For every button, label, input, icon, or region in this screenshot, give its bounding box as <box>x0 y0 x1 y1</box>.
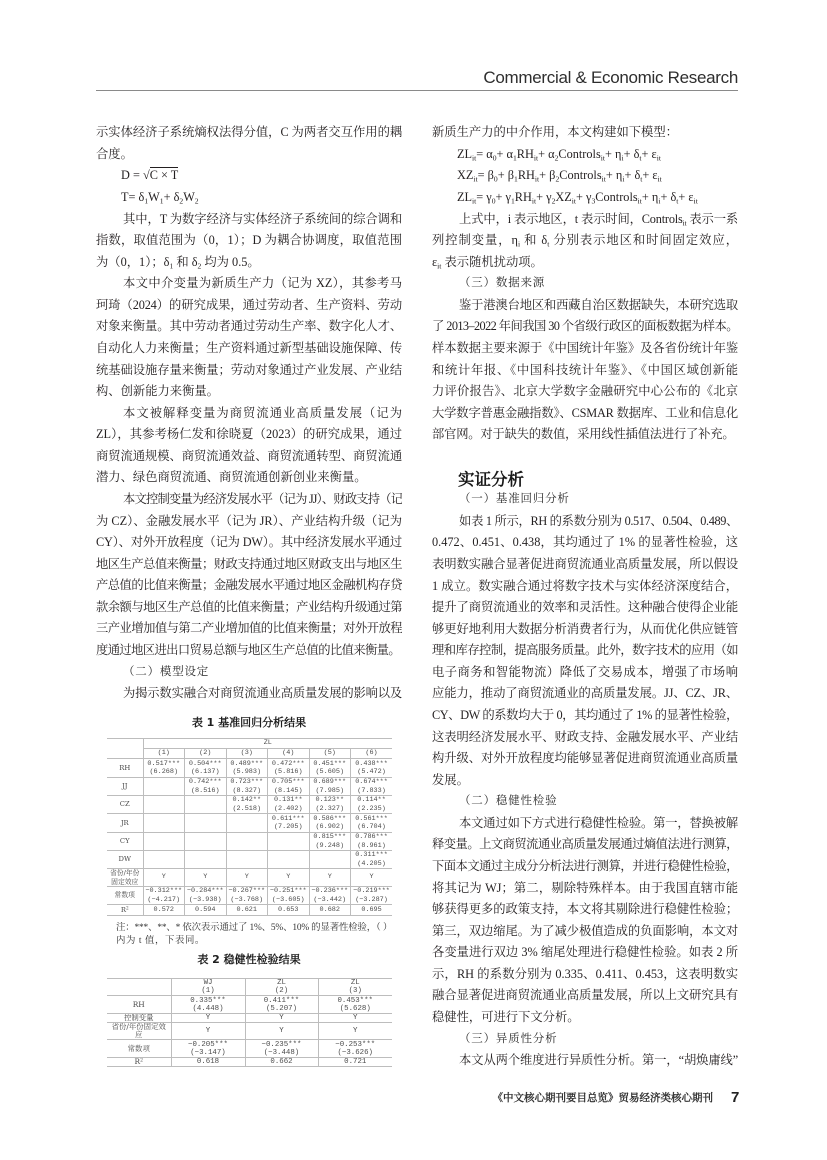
r-squared: 0.621 <box>227 906 268 915</box>
table-row: CZ 0.142**(2.518) 0.131**(2.402) 0.123**… <box>107 796 392 814</box>
table-row: R2 0.572 0.594 0.621 0.653 0.682 0.695 <box>107 905 392 916</box>
table-row: CY 0.815***(9.248) 0.786***(8.961) <box>107 833 392 851</box>
text-line: T= δ1W1+ δ2W2 <box>96 187 402 209</box>
text-line: 示实体经济子系统熵权法得分值，C 为两者交互作用的耦 <box>96 122 402 144</box>
table-cell: −0.253***(−3.626) <box>318 1040 392 1058</box>
t-value: (2.235) <box>351 805 392 814</box>
t-value: (7.833) <box>351 787 392 796</box>
coefficient: 0.517*** <box>144 760 185 769</box>
paragraph-index-definition: 其中，T 为数字经济与实体经济子系统间的综合调和指数，取值范围为（0，1）；D … <box>96 209 402 274</box>
table-cell: −0.284***(−3.938) <box>185 887 227 905</box>
text-line: 下面本文通过主成分分析法进行测算，并进行稳健性检验， <box>432 856 738 878</box>
text-line: 部官网。对于缺失的数值，采用线性插值法进行了补充。 <box>432 424 738 446</box>
table-cell: −0.267***(−3.768) <box>226 887 268 905</box>
coefficient: 0.723*** <box>227 778 268 787</box>
column-number: (3) <box>319 987 393 995</box>
text-line: 提升了商贸流通业的效率和灵活性。这种融合使得企业能 <box>432 597 738 619</box>
control-flag: Y <box>246 1014 318 1022</box>
baseline-regression-table: ZL (1) (2) (3) (4) (5) (6) RH 0.517***(6… <box>107 738 392 916</box>
t-value: (5.816) <box>268 768 309 777</box>
row-label: RH <box>107 759 143 778</box>
table-row: JJ 0.742***(8.516) 0.723***(8.327) 0.705… <box>107 778 392 796</box>
table-cell: Y <box>226 869 268 887</box>
journal-title: Commercial & Economic Research <box>483 68 738 88</box>
text-line: 地区生产总值来衡量；财政支持通过地区财政支出与地区生 <box>96 554 402 576</box>
table-cell: 0.621 <box>226 905 268 916</box>
table-cell: 0.142**(2.518) <box>226 796 268 814</box>
text-line: εit 表示随机扰动项。 <box>432 252 738 274</box>
t-value: (2.518) <box>227 805 268 814</box>
table-note: 注：***、**、* 依次表示通过了 1%、5%、10% 的显著性检验，（ ）内… <box>116 922 392 948</box>
text-line: 如表 1 所示，RH 的系数分别为 0.517、0.504、0.489、 <box>432 511 738 533</box>
header-divider <box>96 90 738 91</box>
text-line: 统基础设施存量来衡量；劳动对象通过产业发展、产业结 <box>96 360 402 382</box>
t-value: (−3.448) <box>246 1049 318 1057</box>
table-row: RH 0.517***(6.268) 0.504***(6.137) 0.489… <box>107 759 392 778</box>
coefficient: 0.451*** <box>310 760 351 769</box>
table-cell: 0.689***(7.985) <box>309 778 351 796</box>
table-cell <box>185 796 227 814</box>
table-cell: Y <box>351 869 393 887</box>
table-cell <box>309 851 351 869</box>
t-value: (9.248) <box>310 842 351 851</box>
table-cell: 0.561***(6.704) <box>351 814 393 833</box>
table-cell: 0.453***(5.628) <box>318 996 392 1014</box>
r-squared: 0.721 <box>319 1058 393 1066</box>
table-row: DW 0.311***(4.205) <box>107 851 392 869</box>
table-cell <box>226 814 268 833</box>
text-line: 三产业增加值与第二产业增加值的比值来衡量；对外开放程 <box>96 618 402 640</box>
text-line: 列控制变量，ηi 和 δt 分别表示地区和时间固定效应， <box>432 230 738 252</box>
text-line: 应能力，推动了商贸流通业的高质量发展。JJ、CZ、JR、 <box>432 683 738 705</box>
table-cell: 0.114**(2.235) <box>351 796 393 814</box>
text-line: 本文中介变量为新质生产力（记为 XZ），其参考马 <box>96 273 402 295</box>
text-line: 为揭示数实融合对商贸流通业高质量发展的影响以及 <box>96 683 402 705</box>
row-label: R2 <box>107 1058 171 1067</box>
r-squared: 0.662 <box>246 1058 318 1066</box>
coefficient: −0.251*** <box>268 887 309 896</box>
paragraph-mediator-variable: 本文中介变量为新质生产力（记为 XZ），其参考马珂琦（2024）的研究成果，通过… <box>96 273 402 402</box>
text-line: 够获得更多的政策支持，本文将其剔除进行稳健性检验； <box>432 899 738 921</box>
text-line: 注：***、**、* 依次表示通过了 1%、5%、10% 的显著性检验，（ ） <box>116 922 392 935</box>
text-line: 上式中，i 表示地区，t 表示时间，Controlsit 表示一系 <box>432 209 738 231</box>
paragraph-control-variables: 本文控制变量为经济发展水平（记为 JJ）、财政支持（记为 CZ）、金融发展水平（… <box>96 489 402 662</box>
row-label: JJ <box>107 778 143 796</box>
column-variable: WJ <box>172 979 245 987</box>
coefficient: 0.815*** <box>310 833 351 842</box>
table-cell: 0.586***(6.902) <box>309 814 351 833</box>
table-cell: 0.123**(2.327) <box>309 796 351 814</box>
r-squared: 0.618 <box>172 1058 245 1066</box>
text-line: D = √C × T <box>96 165 402 187</box>
fixed-effect-flag: Y <box>246 1027 318 1035</box>
text-line: 内为 t 值，下表同。 <box>116 935 392 948</box>
column-number: (1) <box>172 987 245 995</box>
text-line: 第三，双边缩尾。为了减少极值造成的负面影响，本文对 <box>432 921 738 943</box>
coefficient: 0.689*** <box>310 778 351 787</box>
coefficient: 0.123** <box>310 796 351 805</box>
left-column: 示实体经济子系统熵权法得分值，C 为两者交互作用的耦合度。 D = √C × T… <box>96 122 402 705</box>
paragraph-model-intro-continued: 新质生产力的中介作用，本文构建如下模型： <box>432 122 738 144</box>
table-cell: −0.205***(−3.147) <box>171 1040 245 1058</box>
table-cell: −0.235***(−3.448) <box>245 1040 318 1058</box>
table-cell <box>143 796 185 814</box>
text-line: 构升级、对外开放程度均能够显著促进商贸流通业高质量 <box>432 748 738 770</box>
table-cell <box>185 851 227 869</box>
table-cell: Y <box>245 1014 318 1023</box>
text-line: 电子商务和智能物流）降低了交易成本，增强了市场响 <box>432 662 738 684</box>
text-line: 指数，取值范围为（0，1）；D 为耦合协调度，取值范围 <box>96 230 402 252</box>
text-line: 其中，T 为数字经济与实体经济子系统间的综合调和 <box>96 209 402 231</box>
table-cell: 0.335***(4.448) <box>171 996 245 1014</box>
paragraph-model-intro: 为揭示数实融合对商贸流通业高质量发展的影响以及 <box>96 683 402 705</box>
row-label: 省份/年份固定效应 <box>107 1023 171 1040</box>
subheading-heterogeneity: （三）异质性分析 <box>432 1029 738 1051</box>
text-line: 够更好地利用大数据分析消费者行为，从而优化供应链管 <box>432 619 738 641</box>
subheading-data-source: （三）数据来源 <box>432 273 738 295</box>
table-cell: Y <box>171 1023 245 1040</box>
fixed-effect-flag: Y <box>144 873 185 882</box>
control-flag: Y <box>319 1014 393 1022</box>
column-header: (4) <box>268 748 310 759</box>
t-value: (8.145) <box>268 787 309 796</box>
text-line: 款余额与地区生产总值的比值来衡量；产业结构升级通过第 <box>96 597 402 619</box>
t-value: (2.402) <box>268 805 309 814</box>
coefficient: −0.253*** <box>319 1041 393 1049</box>
text-line: 这表明经济发展水平、财政支持、金融发展水平、产业结 <box>432 727 738 749</box>
coefficient: 0.131** <box>268 796 309 805</box>
coefficient: −0.267*** <box>227 887 268 896</box>
t-value: (6.268) <box>144 768 185 777</box>
table-cell: 0.653 <box>268 905 310 916</box>
table-cell <box>143 778 185 796</box>
row-label: RH <box>107 996 171 1014</box>
table-cell: Y <box>185 869 227 887</box>
text-line: 示，RH 的系数分别为 0.335、0.411、0.453，这表明数实 <box>432 964 738 986</box>
subheading-robustness: （二）稳健性检验 <box>432 791 738 813</box>
table-cell: 0.705***(8.145) <box>268 778 310 796</box>
t-value: (−3.768) <box>227 896 268 905</box>
coefficient: 0.438*** <box>351 760 392 769</box>
table-row: R2 0.618 0.662 0.721 <box>107 1058 392 1067</box>
table-header-row: WJ(1) ZL(2) ZL(3) <box>107 979 392 996</box>
table-cell: 0.786***(8.961) <box>351 833 393 851</box>
table-cell <box>226 851 268 869</box>
table-row: RH 0.335***(4.448) 0.411***(5.207) 0.453… <box>107 996 392 1014</box>
text-line: 商贸流通规模、商贸流通效益、商贸流通转型、商贸流通 <box>96 446 402 468</box>
text-line: 构、创新能力来衡量。 <box>96 381 402 403</box>
coefficient: 0.142** <box>227 796 268 805</box>
text-line: 为（0，1）；δ1 和 δ2 均为 0.5。 <box>96 252 402 274</box>
column-header: ZL(2) <box>245 979 318 996</box>
text-line: 0.472、0.451、0.438，其均通过了 1% 的显著性检验，这 <box>432 532 738 554</box>
text-line: 本文通过如下方式进行稳健性检验。第一，替换被解 <box>432 813 738 835</box>
text-line: 释变量。上文商贸流通业高质量发展通过熵值法进行测算， <box>432 834 738 856</box>
coefficient: 0.786*** <box>351 833 392 842</box>
table-cell: 0.611***(7.205) <box>268 814 310 833</box>
table-cell <box>143 851 185 869</box>
paragraph-continued: 示实体经济子系统熵权法得分值，C 为两者交互作用的耦合度。 <box>96 122 402 165</box>
r-squared: 0.682 <box>310 906 351 915</box>
table-corner-cell <box>107 979 171 996</box>
table-cell <box>268 851 310 869</box>
text-line: ZL），其参考杨仁发和徐晓夏（2023）的研究成果，通过 <box>96 424 402 446</box>
table-row: 省份/年份固定效应 Y Y Y Y Y Y <box>107 869 392 887</box>
t-value: (−4.217) <box>144 896 185 905</box>
coefficient: 0.489*** <box>227 760 268 769</box>
text-line: 新质生产力的中介作用，本文构建如下模型： <box>432 122 738 144</box>
table-cell: Y <box>143 869 185 887</box>
fixed-effect-flag: Y <box>268 873 309 882</box>
coefficient: 0.504*** <box>185 760 226 769</box>
coefficient: −0.219*** <box>351 887 392 896</box>
text-line: 将其记为 WJ；第二，剔除特殊样本。由于我国直辖市能 <box>432 878 738 900</box>
text-line: 大学数字普惠金融指数》、CSMAR 数据库、工业和信息化 <box>432 403 738 425</box>
formula-coordination-index: T= δ1W1+ δ2W2 <box>96 187 402 209</box>
table-header-row: ZL <box>107 739 392 749</box>
table-cell: 0.472***(5.816) <box>268 759 310 778</box>
table-row: JR 0.611***(7.205) 0.586***(6.902) 0.561… <box>107 814 392 833</box>
t-value: (−3.626) <box>319 1049 393 1057</box>
column-header: (3) <box>226 748 268 759</box>
subheading-model-setup: （二）模型设定 <box>96 662 402 684</box>
text-line: 产总值的比值来衡量；金融发展水平通过地区金融机构存贷 <box>96 575 402 597</box>
table1-caption: 表 1 基准回归分析结果 <box>96 715 402 731</box>
table-cell <box>185 833 227 851</box>
t-value: (−3.287) <box>351 896 392 905</box>
control-flag: Y <box>172 1014 245 1022</box>
t-value: (2.327) <box>310 805 351 814</box>
row-label: 控制变量 <box>107 1014 171 1023</box>
text-line: 各变量进行双边 3% 缩尾处理进行稳健性检验。如表 2 所 <box>432 942 738 964</box>
coefficient: 0.674*** <box>351 778 392 787</box>
table-cell: 0.131**(2.402) <box>268 796 310 814</box>
table-row: 控制变量 Y Y Y <box>107 1014 392 1023</box>
text-line: 表明数实融合显著促进商贸流通业高质量发展，所以假设 <box>432 554 738 576</box>
table-row: 省份/年份固定效应 Y Y Y <box>107 1023 392 1040</box>
fixed-effect-flag: Y <box>172 1027 245 1035</box>
row-label: DW <box>107 851 143 869</box>
text-line: 1 成立。数实融合通过将数字技术与实体经济深度结合， <box>432 576 738 598</box>
table-cell: 0.721 <box>318 1058 392 1067</box>
row-label: 常数项 <box>107 887 143 905</box>
t-value: (5.628) <box>319 1005 393 1013</box>
table-cell: 0.411***(5.207) <box>245 996 318 1014</box>
text-line: XZit= β0+ β1RHit+ β2Controlsit+ ηi+ δt+ … <box>432 165 738 187</box>
t-value: (6.137) <box>185 768 226 777</box>
text-line: 本文被解释变量为商贸流通业高质量发展（记为 <box>96 403 402 425</box>
table-cell: Y <box>318 1023 392 1040</box>
table-cell <box>268 833 310 851</box>
column-header: ZL(3) <box>318 979 392 996</box>
text-line: 度通过地区进出口贸易总额与地区生产总值的比值来衡量。 <box>96 640 402 662</box>
t-value: (5.472) <box>351 768 392 777</box>
t-value: (−3.442) <box>310 896 351 905</box>
column-header: WJ(1) <box>171 979 245 996</box>
coefficient: −0.312*** <box>144 887 185 896</box>
table-header-row: (1) (2) (3) (4) (5) (6) <box>107 748 392 759</box>
coefficient: 0.335*** <box>172 997 245 1005</box>
row-label: JR <box>107 814 143 833</box>
table-cell: 0.723***(8.327) <box>226 778 268 796</box>
table-cell: 0.451***(5.605) <box>309 759 351 778</box>
coefficient: 0.705*** <box>268 778 309 787</box>
column-variable: ZL <box>246 979 318 987</box>
coefficient: 0.453*** <box>319 997 393 1005</box>
t-value: (4.448) <box>172 1005 245 1013</box>
table-cell: 0.438***(5.472) <box>351 759 393 778</box>
row-label: 常数项 <box>107 1040 171 1058</box>
t-value: (5.605) <box>310 768 351 777</box>
table-cell <box>185 814 227 833</box>
text-line: 发展。 <box>432 770 738 792</box>
column-header: (6) <box>351 748 393 759</box>
page-number: 7 <box>731 1089 739 1107</box>
dependent-variable-header: ZL <box>143 739 392 749</box>
table-cell: −0.251***(−3.605) <box>268 887 310 905</box>
table-cell <box>143 814 185 833</box>
t-value: (4.205) <box>351 860 392 869</box>
r-squared: 0.653 <box>268 906 309 915</box>
t-value: (8.516) <box>185 787 226 796</box>
text-line: 和统计年报、《中国科技统计年鉴》、《中国区域创新能 <box>432 360 738 382</box>
table-cell: 0.618 <box>171 1058 245 1067</box>
coefficient: 0.114** <box>351 796 392 805</box>
text-line: 为 CZ）、金融发展水平（记为 JR）、产业结构升级（记为 <box>96 511 402 533</box>
t-value: (6.902) <box>310 823 351 832</box>
text-line: 本文从两个维度进行异质性分析。第一，“胡焕庸线” <box>432 1050 738 1072</box>
fixed-effect-flag: Y <box>319 1027 393 1035</box>
r-squared: 0.594 <box>185 906 226 915</box>
r-squared: 0.572 <box>144 906 185 915</box>
t-value: (−3.938) <box>185 896 226 905</box>
t-value: (6.704) <box>351 823 392 832</box>
table-row: 常数项 −0.312***(−4.217) −0.284***(−3.938) … <box>107 887 392 905</box>
text-line: 理和库存控制，提高服务质量。此外，数字技术的应用（如 <box>432 640 738 662</box>
text-line: 珂琦（2024）的研究成果，通过劳动者、生产资料、劳动 <box>96 295 402 317</box>
column-variable: ZL <box>319 979 393 987</box>
coefficient: 0.472*** <box>268 760 309 769</box>
text-line: CY、DW 的系数均大于 0，其均通过了 1% 的显著性检验， <box>432 705 738 727</box>
table-cell: 0.311***(4.205) <box>351 851 393 869</box>
text-line: 本文控制变量为经济发展水平（记为 JJ）、财政支持（记 <box>96 489 402 511</box>
robustness-test-table: WJ(1) ZL(2) ZL(3) RH 0.335***(4.448) 0.4… <box>107 978 392 1067</box>
table-cell <box>143 833 185 851</box>
table-cell: 0.682 <box>309 905 351 916</box>
fixed-effect-flag: Y <box>310 873 351 882</box>
row-label: 省份/年份固定效应 <box>107 869 143 887</box>
table-cell: 0.695 <box>351 905 393 916</box>
t-value: (−3.605) <box>268 896 309 905</box>
text-line: 自动化人力来衡量；生产资料通过新型基础设施保障、传 <box>96 338 402 360</box>
text-line: ZLit= α0+ α1RHit+ α2Controlsit+ ηi+ δt+ … <box>432 144 738 166</box>
footer-journal-index: 《中文核心期刊要目总览》贸易经济类核心期刊 <box>493 1091 714 1105</box>
paragraph-model-explanation: 上式中，i 表示地区，t 表示时间，Controlsit 表示一系列控制变量，η… <box>432 209 738 274</box>
table-cell: Y <box>171 1014 245 1023</box>
coefficient: 0.411*** <box>246 997 318 1005</box>
table-row: 常数项 −0.205***(−3.147) −0.235***(−3.448) … <box>107 1040 392 1058</box>
table-cell: 0.572 <box>143 905 185 916</box>
subheading-baseline-regression: （一）基准回归分析 <box>432 489 738 511</box>
r-squared: 0.695 <box>351 906 392 915</box>
table-cell: Y <box>268 869 310 887</box>
text-line: 对象来衡量。其中劳动者通过劳动生产率、数字化人才、 <box>96 316 402 338</box>
table-cell: −0.219***(−3.287) <box>351 887 393 905</box>
table-cell: 0.815***(9.248) <box>309 833 351 851</box>
right-column-top: 新质生产力的中介作用，本文构建如下模型： ZLit= α0+ α1RHit+ α… <box>432 122 738 446</box>
table-cell: 0.674***(7.833) <box>351 778 393 796</box>
t-value: (5.207) <box>246 1005 318 1013</box>
text-line: CY）、对外开放程度（记为 DW）。其中经济发展水平通过 <box>96 532 402 554</box>
table-cell: 0.662 <box>245 1058 318 1067</box>
t-value: (8.327) <box>227 787 268 796</box>
text-line: 力评价报告》、北京大学数字金融研究中心公布的《北京 <box>432 381 738 403</box>
table-cell: −0.312***(−4.217) <box>143 887 185 905</box>
right-column-bottom: （一）基准回归分析 如表 1 所示，RH 的系数分别为 0.517、0.504、… <box>432 489 738 1072</box>
text-line: 潜力、绿色商贸流通、商贸流通创新创业来衡量。 <box>96 467 402 489</box>
paragraph-heterogeneity: 本文从两个维度进行异质性分析。第一，“胡焕庸线” <box>432 1050 738 1072</box>
table-cell: Y <box>318 1014 392 1023</box>
text-line: 融合显著促进商贸流通业高质量发展，所以上文研究具有 <box>432 985 738 1007</box>
t-value: (7.985) <box>310 787 351 796</box>
table-corner-cell <box>107 739 143 759</box>
table-cell: 0.517***(6.268) <box>143 759 185 778</box>
coefficient: −0.236*** <box>310 887 351 896</box>
formula-coupling-degree: D = √C × T <box>96 165 402 187</box>
text-line: 稳健性，可进行下文分析。 <box>432 1007 738 1029</box>
table-cell: Y <box>245 1023 318 1040</box>
t-value: (8.961) <box>351 842 392 851</box>
coefficient: 0.586*** <box>310 815 351 824</box>
table2-caption: 表 2 稳健性检验结果 <box>96 952 402 968</box>
t-value: (−3.147) <box>172 1049 245 1057</box>
table-cell: 0.594 <box>185 905 227 916</box>
text-line: 了 2013–2022 年间我国 30 个省级行政区的面板数据为样本。 <box>432 316 738 338</box>
coefficient: −0.284*** <box>185 887 226 896</box>
t-value: (7.205) <box>268 823 309 832</box>
row-label: R2 <box>107 905 143 916</box>
fixed-effect-flag: Y <box>185 873 226 882</box>
table-cell <box>226 833 268 851</box>
table-cell: Y <box>309 869 351 887</box>
text-line: 合度。 <box>96 144 402 166</box>
coefficient: 0.742*** <box>185 778 226 787</box>
column-header: (5) <box>309 748 351 759</box>
row-label: CY <box>107 833 143 851</box>
regression-model-formulas: ZLit= α0+ α1RHit+ α2Controlsit+ ηi+ δt+ … <box>432 144 738 209</box>
fixed-effect-flag: Y <box>227 873 268 882</box>
paragraph-data-source: 鉴于港澳台地区和西藏自治区数据缺失，本研究选取了 2013–2022 年间我国 … <box>432 295 738 446</box>
row-label: CZ <box>107 796 143 814</box>
column-header: (2) <box>185 748 227 759</box>
text-line: ZLit= γ0+ γ1RHit+ γ2XZit+ γ3Controlsit+ … <box>432 187 738 209</box>
table-cell: −0.236***(−3.442) <box>309 887 351 905</box>
table-cell: 0.489***(5.983) <box>226 759 268 778</box>
paragraph-baseline-regression: 如表 1 所示，RH 的系数分别为 0.517、0.504、0.489、0.47… <box>432 511 738 792</box>
coefficient: 0.561*** <box>351 815 392 824</box>
coefficient: 0.311*** <box>351 851 392 860</box>
paragraph-dependent-variable: 本文被解释变量为商贸流通业高质量发展（记为ZL），其参考杨仁发和徐晓夏（2023… <box>96 403 402 489</box>
table-cell: 0.504***(6.137) <box>185 759 227 778</box>
fixed-effect-flag: Y <box>351 873 392 882</box>
paragraph-robustness: 本文通过如下方式进行稳健性检验。第一，替换被解释变量。上文商贸流通业高质量发展通… <box>432 813 738 1029</box>
t-value: (5.983) <box>227 768 268 777</box>
column-header: (1) <box>143 748 185 759</box>
column-number: (2) <box>246 987 318 995</box>
coefficient: 0.611*** <box>268 815 309 824</box>
coefficient: −0.205*** <box>172 1041 245 1049</box>
text-line: 样本数据主要来源于《中国统计年鉴》及各省份统计年鉴 <box>432 338 738 360</box>
